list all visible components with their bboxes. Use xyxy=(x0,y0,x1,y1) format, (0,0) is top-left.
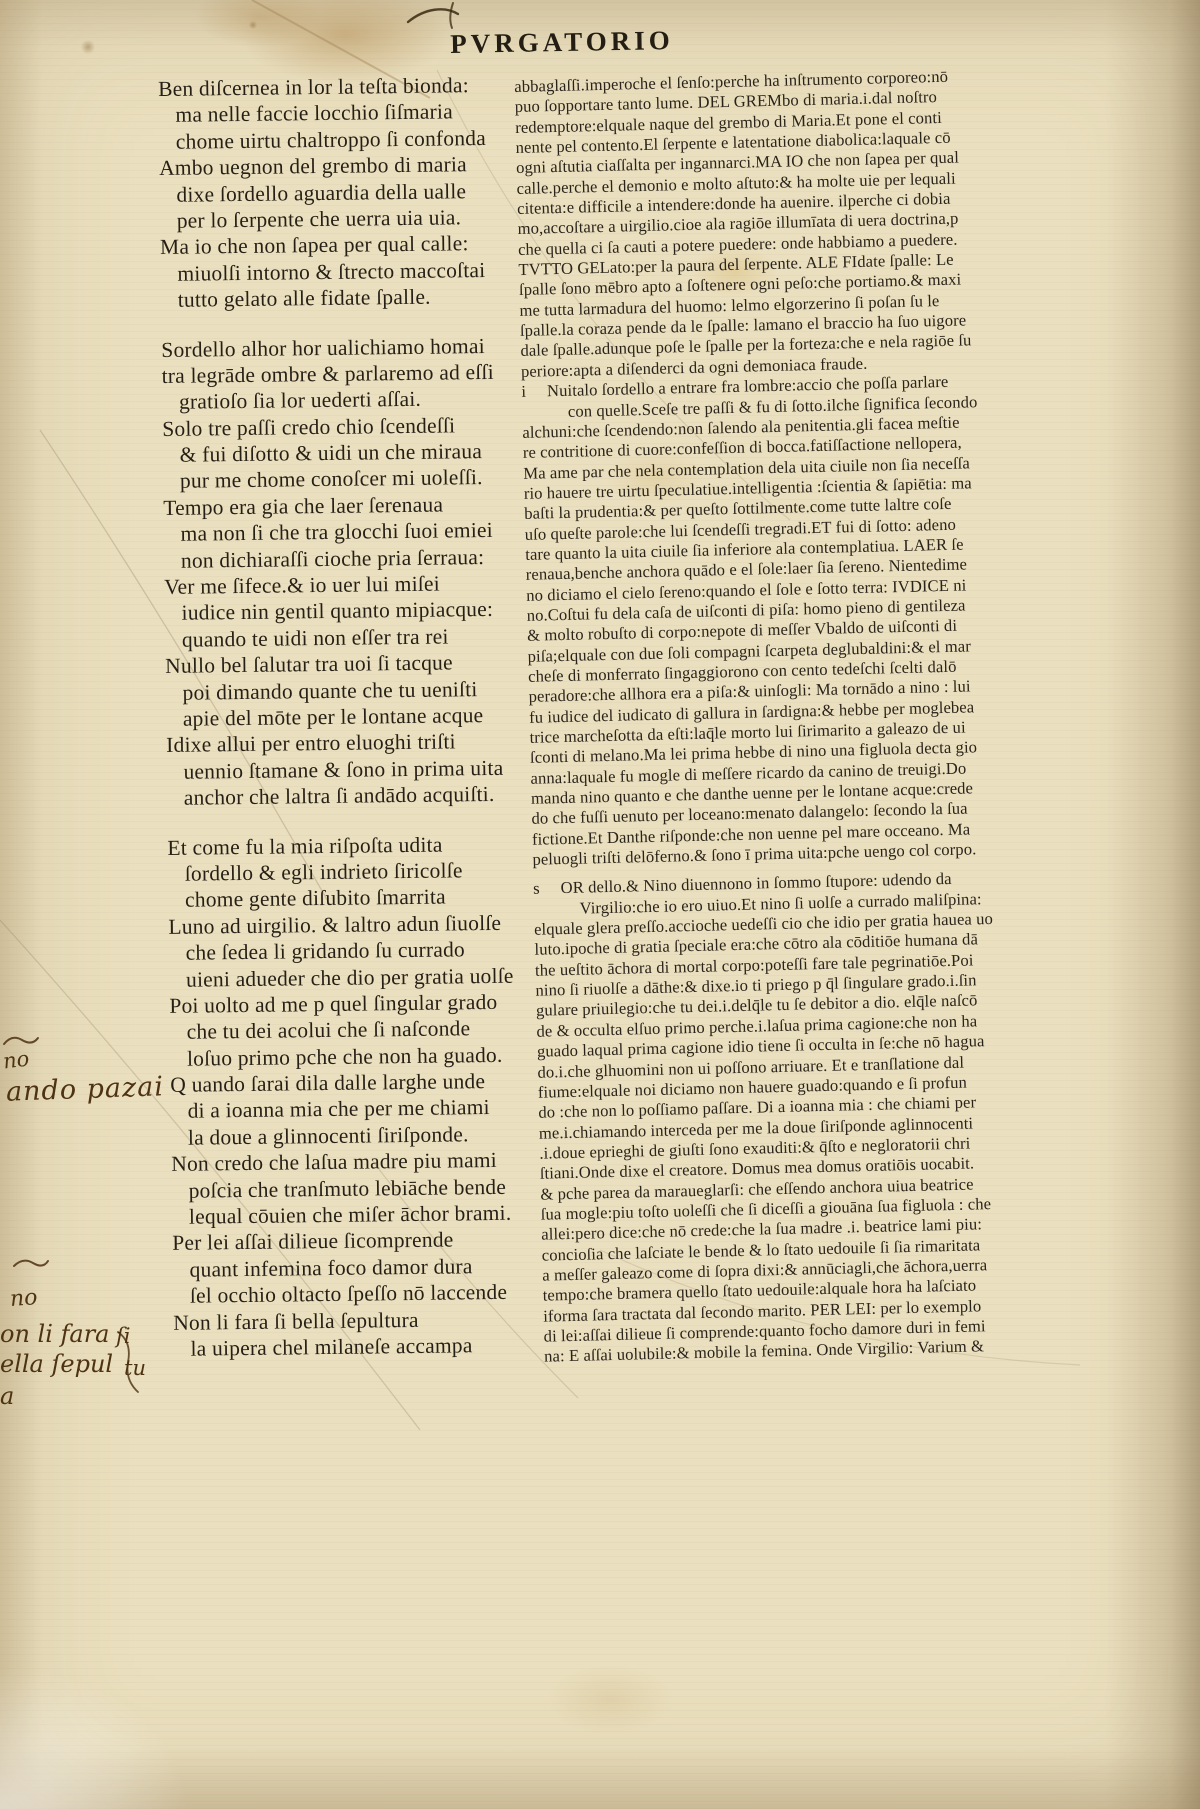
poem-line: iudice nin gentil quanto mipiacque: xyxy=(164,596,526,627)
marginalia-note: on li fara xyxy=(0,1320,110,1348)
pen-flourish-icon xyxy=(450,3,453,28)
poem-line: miuolſi intorno & ſtrecto maccoſtai xyxy=(160,256,522,287)
marginalia-note: ando pazai xyxy=(6,1071,165,1107)
poem-line: ſel occhio oltacto ſpeſſo nō laccende xyxy=(173,1279,535,1310)
poem-line: tra legrāde ombre & parlaremo ad eſſi xyxy=(162,358,524,389)
poem-line: Ambo uegnon del grembo di maria xyxy=(159,151,521,182)
marginalia-squiggle xyxy=(14,1261,48,1266)
marginalia-note: ſi xyxy=(116,1324,131,1348)
poem-line: pur me chome conoſcer mi uoleſſi. xyxy=(163,464,525,495)
marginalia-note: tu xyxy=(124,1356,146,1380)
poem-line: Ben diſcernea in lor la teſta bionda: xyxy=(158,72,520,103)
poem-line: Luno ad uirgilio. & laltro adun ſiuolſe xyxy=(168,909,530,940)
commentary-column: abbaglaſſi.imperoche el ſenſo:perche ha … xyxy=(514,64,1080,1367)
poem-column: Ben diſcernea in lor la teſta bionda: ma… xyxy=(158,72,536,1363)
poem-line: Poi uolto ad me p quel ſingular grado xyxy=(169,988,531,1019)
poem-line: apie del mōte per le lontane acque xyxy=(166,702,528,733)
poem-line: ma non ſi che tra glocchi ſuoi emiei xyxy=(163,517,525,548)
poem-line: Non credo che laſua madre piu mami xyxy=(171,1147,533,1178)
poem-line: non dichiaraſſi cioche pria ſerraua: xyxy=(164,543,526,574)
book-page-scan: PVRGATORIO Ben diſcernea in lor la teſta… xyxy=(0,0,1200,1809)
pen-flourish-icon xyxy=(408,9,458,22)
poem-line: la uipera chel milaneſe accampa xyxy=(173,1331,535,1362)
marginalia-note: no xyxy=(9,1285,38,1312)
marginalia-note: no xyxy=(2,1046,31,1073)
poem-line: di a ioanna mia che per me chiami xyxy=(170,1094,532,1125)
poem-line: Ma io che non ſapea per qual calle: xyxy=(160,230,522,261)
marginalia-note: ella ſepul xyxy=(0,1350,113,1378)
marginalia-note: a xyxy=(0,1382,14,1410)
page-title: PVRGATORIO xyxy=(0,17,1162,69)
poem-line: lequal cōuien che miſer āchor brami. xyxy=(172,1200,534,1231)
marginalia-squiggle xyxy=(4,1038,38,1044)
poem-line: anchor che laltra ſi andādo acquiſti. xyxy=(167,781,529,812)
